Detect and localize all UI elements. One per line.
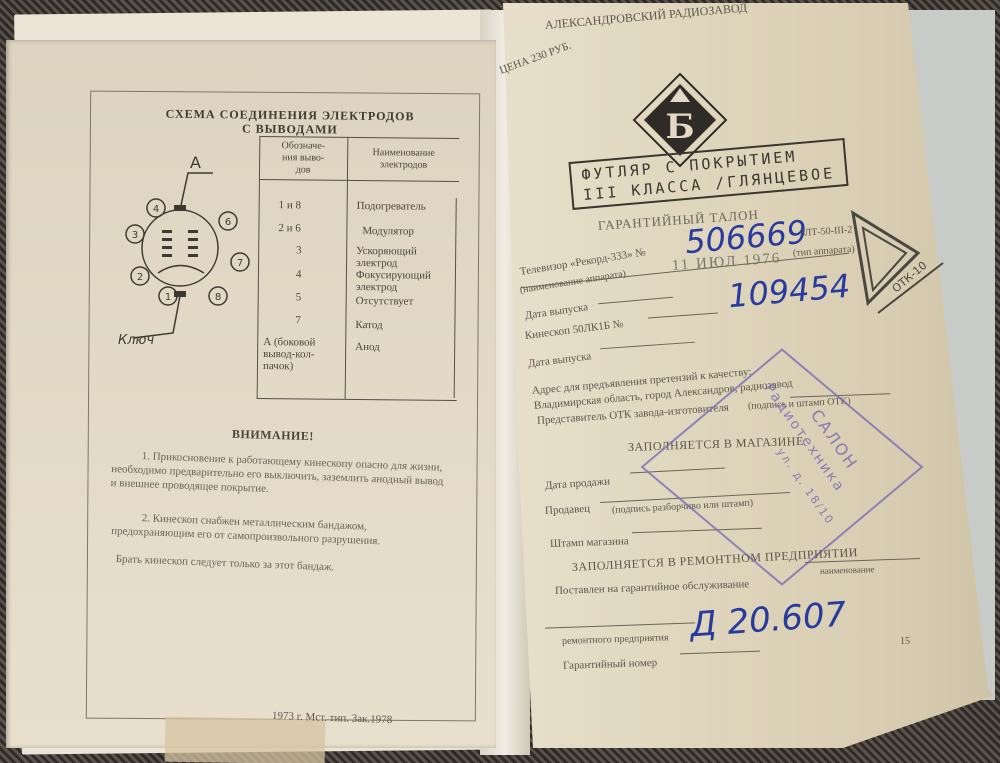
table-cell-name: Анод: [355, 341, 380, 353]
tube-pinout-diagram: А Ключ 43 21 87 6: [118, 148, 258, 348]
table-border: [257, 398, 457, 401]
warning-title: ВНИМАНИЕ!: [232, 427, 314, 444]
page-number: 15: [900, 636, 910, 647]
otk-triangle-stamp: ОТК-10: [848, 208, 948, 318]
pin-table: Обозначе- ния выво- дов Наименование эле…: [257, 136, 460, 403]
table-cell-pin: 3: [296, 244, 302, 256]
table-cell-pin: 7: [295, 314, 301, 326]
tape-strip: [165, 717, 326, 763]
svg-text:1: 1: [165, 292, 171, 303]
svg-text:2: 2: [137, 272, 143, 283]
table-cell-name: Отсутствует: [356, 295, 414, 308]
svg-text:7: 7: [237, 258, 243, 269]
svg-text:3: 3: [132, 230, 138, 241]
service-caption: наименование: [820, 564, 875, 576]
table-cell-pin: 2 и 6: [278, 222, 301, 234]
schema-title-line2: С ВЫВОДАМИ: [150, 121, 430, 138]
table-header-name: Наименование электродов: [351, 147, 456, 172]
schema-title: СХЕМА СОЕДИНЕНИЯ ЭЛЕКТРОДОВ С ВЫВОДАМИ: [150, 107, 430, 138]
key-label: Ключ: [118, 333, 154, 348]
table-cell-name: Подогреватель: [357, 200, 426, 213]
table-cell-pin: 1 и 8: [279, 199, 302, 211]
table-divider: [259, 179, 459, 182]
svg-text:6: 6: [225, 217, 231, 228]
table-cell-pin: 4: [296, 268, 302, 280]
table-cell-name: Фокусирующий электрод: [356, 269, 452, 294]
anode-label: А: [190, 153, 201, 172]
svg-text:Б: Б: [665, 107, 694, 147]
schema-title-line1: СХЕМА СОЕДИНЕНИЯ ЭЛЕКТРОДОВ: [150, 107, 430, 124]
svg-text:8: 8: [215, 292, 221, 303]
table-cell-name: Модулятор: [362, 225, 414, 238]
svg-text:4: 4: [153, 204, 159, 215]
table-header-pin: Обозначе- ния выво- дов: [263, 140, 343, 177]
table-cell-pin: 5: [296, 291, 302, 303]
table-border: [454, 198, 457, 398]
table-cell-pin: А (боковой вывод-кол-пачок): [263, 336, 341, 373]
table-divider: [345, 137, 349, 399]
table-cell-name: Катод: [355, 319, 382, 331]
seller-label: Продавец: [545, 503, 591, 517]
table-cell-name: Ускоряющий электрод: [356, 245, 446, 270]
